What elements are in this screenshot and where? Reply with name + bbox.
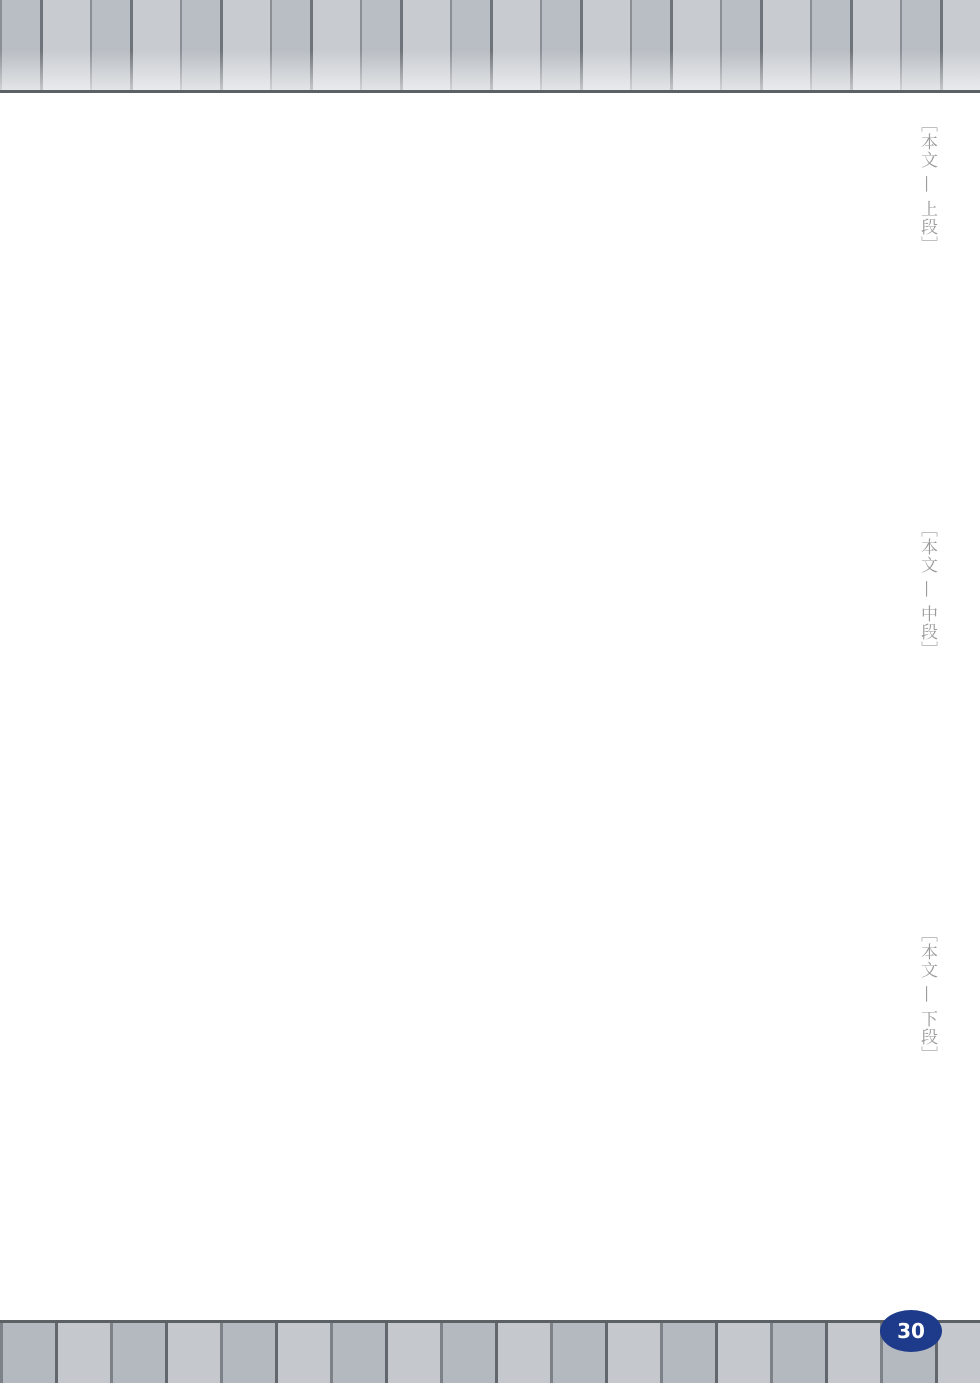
text-column-upper: ［本文 — 上段］ xyxy=(110,115,940,490)
column-placeholder: ［本文 — 上段］ xyxy=(913,115,940,490)
page-number-badge: 30 xyxy=(880,1310,942,1352)
column-placeholder: ［本文 — 下段］ xyxy=(913,925,940,1300)
text-column-middle: ［本文 — 中段］ xyxy=(110,520,940,895)
footer-decorative-art xyxy=(0,1320,980,1383)
body-text-columns: ［本文 — 上段］ ［本文 — 中段］ ［本文 — 下段］ xyxy=(110,115,940,1300)
column-placeholder: ［本文 — 中段］ xyxy=(913,520,940,895)
text-column-lower: ［本文 — 下段］ xyxy=(110,925,940,1300)
header-decorative-art xyxy=(0,0,980,93)
